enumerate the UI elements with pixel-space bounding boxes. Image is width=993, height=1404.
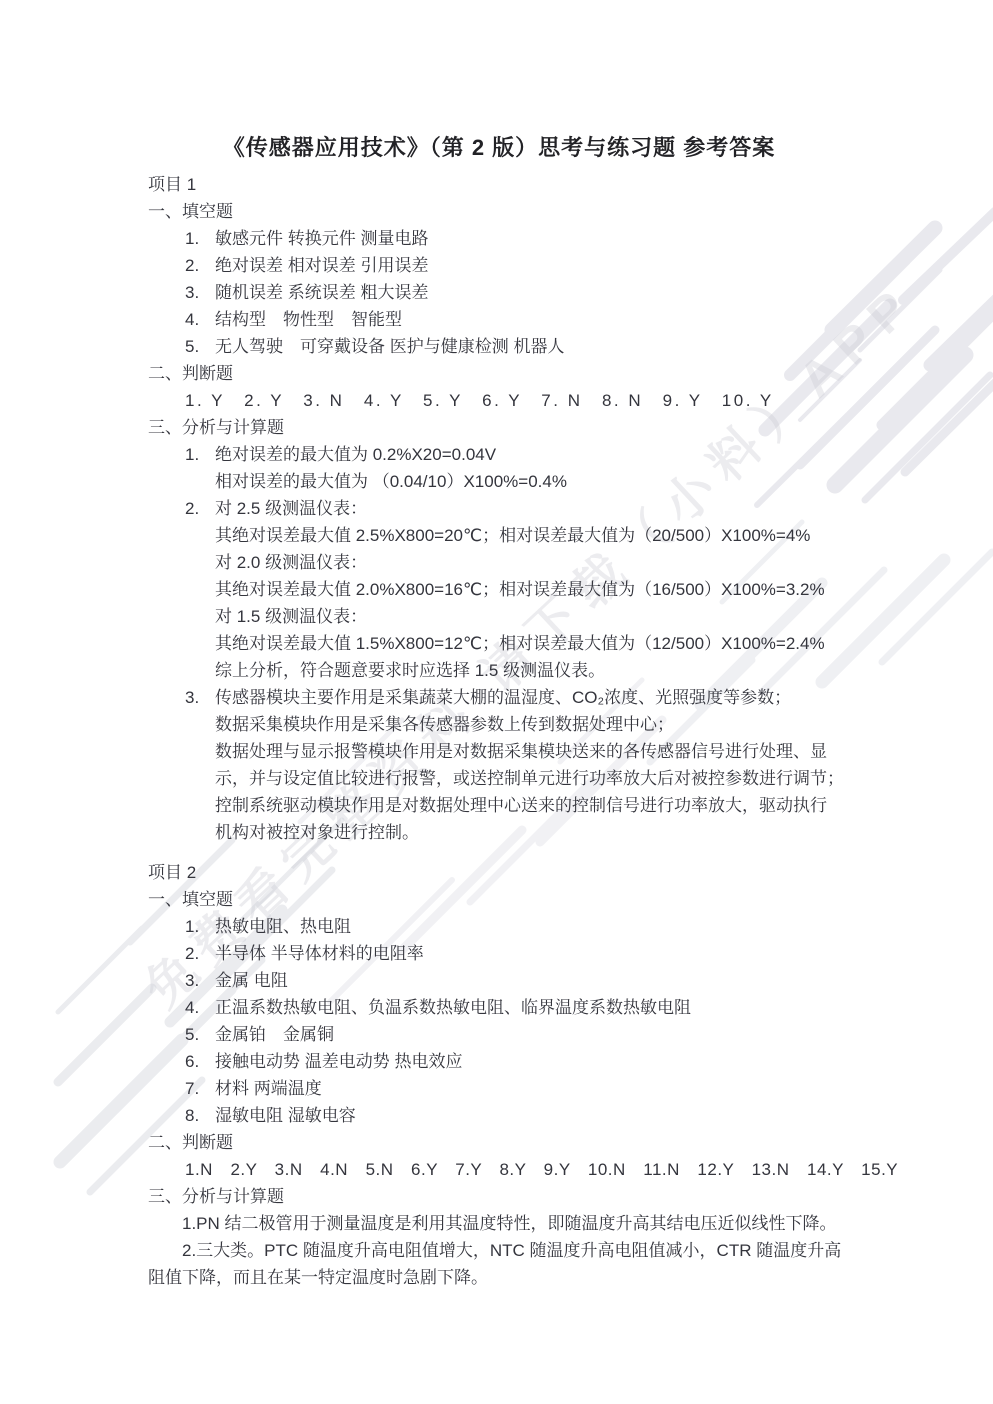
document-page: 《传感器应用技术》（第 2 版）思考与练习题 参考答案 项目 1 一、填空题 1… xyxy=(148,133,850,1291)
item-number: 1. xyxy=(185,913,215,940)
item-text: 热敏电阻、热电阻 xyxy=(215,913,850,940)
p2-judge-answers: 1.N 2.Y 3.N 4.N 5.N 6.Y 7.Y 8.Y 9.Y 10.N… xyxy=(148,1156,850,1183)
item-number: 2. xyxy=(185,252,215,279)
item-number: 2. xyxy=(185,495,215,684)
item-lines: 传感器模块主要作用是采集蔬菜大棚的温湿度、CO₂浓度、光照强度等参数；数据采集模… xyxy=(215,684,850,846)
item-lines: 绝对误差的最大值为 0.2%X20=0.04V相对误差的最大值为 （0.04/1… xyxy=(215,441,850,495)
analysis-paragraph: 2.三大类。PTC 随温度升高电阻值增大，NTC 随温度升高电阻值减小，CTR … xyxy=(148,1237,850,1291)
item-text: 湿敏电阻 湿敏电容 xyxy=(215,1102,850,1129)
item-number: 3. xyxy=(185,967,215,994)
list-item: 7. 材料 两端温度 xyxy=(148,1075,850,1102)
item-number: 8. xyxy=(185,1102,215,1129)
item-text: 金属铂 金属铜 xyxy=(215,1021,850,1048)
list-item: 2. 半导体 半导体材料的电阻率 xyxy=(148,940,850,967)
list-item: 3. 金属 电阻 xyxy=(148,967,850,994)
list-item: 8. 湿敏电阻 湿敏电容 xyxy=(148,1102,850,1129)
item-lines: 对 2.5 级测温仪表：其绝对误差最大值 2.5%X800=20℃；相对误差最大… xyxy=(215,495,850,684)
p2-analysis-heading: 三、分析与计算题 xyxy=(148,1183,850,1210)
item-number: 5. xyxy=(185,1021,215,1048)
item-text: 敏感元件 转换元件 测量电路 xyxy=(215,225,850,252)
item-number: 4. xyxy=(185,306,215,333)
project-2: 项目 2 一、填空题 1. 热敏电阻、热电阻 2. 半导体 半导体材料的电阻率 … xyxy=(148,859,850,1291)
item-text: 随机误差 系统误差 粗大误差 xyxy=(215,279,850,306)
p2-fill-in-heading: 一、填空题 xyxy=(148,886,850,913)
p1-judge-heading: 二、判断题 xyxy=(148,360,850,387)
item-text: 结构型 物性型 智能型 xyxy=(215,306,850,333)
list-item: 1. 敏感元件 转换元件 测量电路 xyxy=(148,225,850,252)
analysis-item: 3. 传感器模块主要作用是采集蔬菜大棚的温湿度、CO₂浓度、光照强度等参数；数据… xyxy=(148,684,850,846)
item-number: 5. xyxy=(185,333,215,360)
item-number: 1. xyxy=(185,441,215,495)
list-item: 4. 结构型 物性型 智能型 xyxy=(148,306,850,333)
item-number: 3. xyxy=(185,279,215,306)
page-title: 《传感器应用技术》（第 2 版）思考与练习题 参考答案 xyxy=(148,133,850,163)
p1-analysis-heading: 三、分析与计算题 xyxy=(148,414,850,441)
item-text: 正温系数热敏电阻、负温系数热敏电阻、临界温度系数热敏电阻 xyxy=(215,994,850,1021)
analysis-item: 1. 绝对误差的最大值为 0.2%X20=0.04V相对误差的最大值为 （0.0… xyxy=(148,441,850,495)
analysis-paragraph: 1.PN 结二极管用于测量温度是利用其温度特性，即随温度升高其结电压近似线性下降… xyxy=(148,1210,850,1237)
item-text: 无人驾驶 可穿戴设备 医护与健康检测 机器人 xyxy=(215,333,850,360)
list-item: 5. 金属铂 金属铜 xyxy=(148,1021,850,1048)
item-text: 材料 两端温度 xyxy=(215,1075,850,1102)
list-item: 1. 热敏电阻、热电阻 xyxy=(148,913,850,940)
list-item: 6. 接触电动势 温差电动势 热电效应 xyxy=(148,1048,850,1075)
list-item: 5. 无人驾驶 可穿戴设备 医护与健康检测 机器人 xyxy=(148,333,850,360)
item-text: 半导体 半导体材料的电阻率 xyxy=(215,940,850,967)
item-number: 3. xyxy=(185,684,215,846)
item-number: 7. xyxy=(185,1075,215,1102)
project-1: 项目 1 一、填空题 1. 敏感元件 转换元件 测量电路 2. 绝对误差 相对误… xyxy=(148,171,850,846)
item-number: 4. xyxy=(185,994,215,1021)
item-number: 1. xyxy=(185,225,215,252)
p2-judge-heading: 二、判断题 xyxy=(148,1129,850,1156)
item-text: 金属 电阻 xyxy=(215,967,850,994)
item-number: 2. xyxy=(185,940,215,967)
item-number: 6. xyxy=(185,1048,215,1075)
p1-fill-in-heading: 一、填空题 xyxy=(148,198,850,225)
analysis-item: 2. 对 2.5 级测温仪表：其绝对误差最大值 2.5%X800=20℃；相对误… xyxy=(148,495,850,684)
list-item: 4. 正温系数热敏电阻、负温系数热敏电阻、临界温度系数热敏电阻 xyxy=(148,994,850,1021)
list-item: 3. 随机误差 系统误差 粗大误差 xyxy=(148,279,850,306)
list-item: 2. 绝对误差 相对误差 引用误差 xyxy=(148,252,850,279)
item-text: 绝对误差 相对误差 引用误差 xyxy=(215,252,850,279)
project-1-heading: 项目 1 xyxy=(148,171,850,198)
project-2-heading: 项目 2 xyxy=(148,859,850,886)
p1-judge-answers: 1. Y 2. Y 3. N 4. Y 5. Y 6. Y 7. N 8. N … xyxy=(148,387,850,414)
item-text: 接触电动势 温差电动势 热电效应 xyxy=(215,1048,850,1075)
